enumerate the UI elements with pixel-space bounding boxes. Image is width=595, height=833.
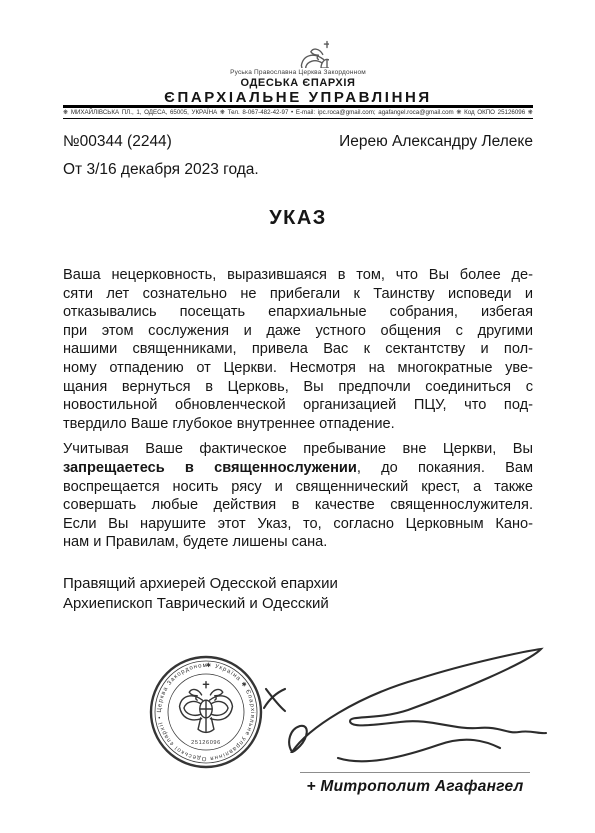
signature — [238, 636, 558, 778]
signature-rule — [300, 772, 530, 773]
body-paragraph: Ваша нецерковность, выразившаяся в том, … — [63, 266, 533, 433]
signature-stroke — [338, 740, 500, 762]
signature-stroke — [289, 649, 546, 752]
body-line: нашими священниками, привела Вас к секта… — [63, 340, 533, 359]
seal-number: 25126096 — [191, 740, 221, 746]
reference-row: №00344 (2244) Иерею Александру Лелеке — [63, 133, 533, 151]
body-line: твердило Ваше глубокое внутреннее отпаде… — [63, 415, 533, 434]
body-line: совершать любые действия в качестве свящ… — [63, 496, 533, 515]
church-crest-icon — [267, 10, 329, 68]
letterhead-church-line: Руська Православна Церква Закордонном — [63, 69, 533, 76]
body-paragraph: Учитывая Ваше фактическое пребывание вне… — [63, 440, 533, 552]
signoff-line-1: Правящий архиерей Одесской епархии — [63, 574, 533, 594]
body-line: запрещаетесь в священнослужении, до пока… — [63, 459, 533, 478]
body-line: Ваша нецерковность, выразившаяся в том, … — [63, 266, 533, 285]
body-line: новостильной обновленческой организацией… — [63, 396, 533, 415]
letterhead-rule-thin — [63, 118, 533, 119]
doc-date: От 3/16 декабря 2023 года. — [63, 161, 533, 179]
signoff-line-2: Архиепископ Таврический и Одесский — [63, 594, 533, 614]
letterhead-eparchy: ОДЕСЬКА ЄПАРХІЯ — [63, 77, 533, 89]
signatory-name: + Митрополит Агафангел — [298, 778, 532, 796]
body-line: отказывались посещать епархиальные собра… — [63, 303, 533, 322]
letterhead-address: ❋ МИХАЙЛІВСЬКА ПЛ., 1, ОДЕСА, 65005, УКР… — [63, 109, 533, 116]
doc-body: Ваша нецерковность, выразившаяся в том, … — [63, 266, 533, 559]
document-page: { "letterhead": { "church_line": "Руська… — [0, 0, 595, 833]
seal-eagle-icon — [180, 682, 233, 733]
signoff-block: Правящий архиерей Одесской епархии Архие… — [63, 574, 533, 614]
doc-number: №00344 (2244) — [63, 133, 172, 151]
body-line: Учитывая Ваше фактическое пребывание вне… — [63, 440, 533, 459]
body-line: щания вернуться в Церковь, Вы предпочли … — [63, 378, 533, 397]
body-line: при этом сослужения и даже устного общен… — [63, 322, 533, 341]
letterhead-office: ЄПАРХІАЛЬНЕ УПРАВЛІННЯ — [63, 89, 533, 106]
body-line: воспрещается носить рясу и священнически… — [63, 478, 533, 497]
body-line: сяти лет сознательно не прибегали к Таин… — [63, 285, 533, 304]
letterhead-rule-thick — [63, 105, 533, 108]
addressee: Иерею Александру Лелеке — [339, 133, 533, 151]
body-line: нам и Правилам, будете лишены сана. — [63, 533, 533, 552]
body-line: Если Вы нарушите этот Указ, то, согласно… — [63, 515, 533, 534]
body-line: ному отпадению от Церкви. Несмотря на мн… — [63, 359, 533, 378]
doc-title: УКАЗ — [63, 207, 533, 230]
